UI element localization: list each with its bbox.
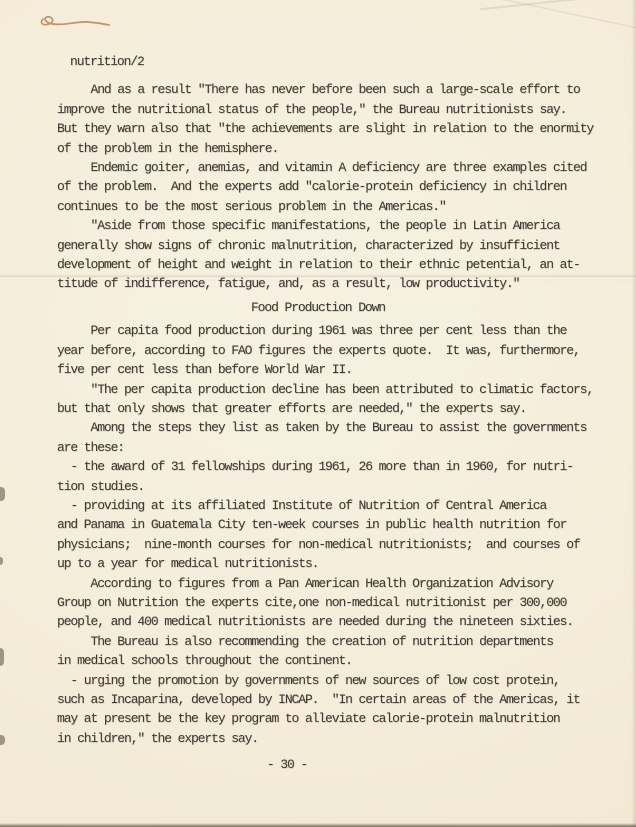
text-line: Endemic goiter, anemias, and vitamin A d…	[57, 158, 605, 177]
paragraph: "Aside from those specific manifestation…	[57, 216, 605, 294]
text-line: The Bureau is also recommending the crea…	[57, 632, 605, 651]
text-line: According to figures from a Pan American…	[57, 574, 605, 593]
text-line: - urging the promotion by governments of…	[57, 671, 605, 690]
text-line: physicians; nine-month courses for non-m…	[57, 535, 605, 554]
scan-smudge	[0, 648, 4, 666]
document-page: nutrition/2 And as a result "There has n…	[0, 0, 636, 827]
scan-smudge	[0, 735, 5, 745]
pen-mark	[36, 8, 116, 34]
text-line: tion studies.	[57, 477, 605, 496]
text-line: of the problem in the hemisphere.	[57, 139, 605, 158]
scan-smudge	[0, 557, 3, 565]
text-line: "Aside from those specific manifestation…	[57, 216, 605, 235]
text-line: generally show signs of chronic malnutri…	[57, 236, 605, 255]
text-line: improve the nutritional status of the pe…	[57, 100, 605, 119]
scan-smudge	[0, 487, 5, 501]
text-line: are these:	[57, 438, 605, 457]
text-line: continues to be the most serious problem…	[57, 197, 605, 216]
text-line: such as Incaparina, developed by INCAP. …	[57, 690, 605, 709]
text-line: may at present be the key program to all…	[57, 709, 605, 728]
text-line: and Panama in Guatemala City ten-week co…	[57, 515, 605, 534]
paragraph: The Bureau is also recommending the crea…	[57, 632, 605, 671]
fold-crease-diagonal	[448, 0, 636, 36]
paper-edge-shadow	[0, 823, 636, 827]
typewritten-text: nutrition/2 And as a result "There has n…	[57, 52, 605, 775]
paragraph: "The per capita production decline has b…	[57, 380, 605, 419]
text-line: but that only shows that greater efforts…	[57, 399, 605, 418]
text-line: of the problem. And the experts add "cal…	[57, 177, 605, 196]
text-line: people, and 400 medical nutritionists ar…	[57, 612, 605, 631]
paragraph: Endemic goiter, anemias, and vitamin A d…	[57, 158, 605, 216]
text-line: development of height and weight in rela…	[57, 255, 605, 274]
text-line: Among the steps they list as taken by th…	[57, 418, 605, 437]
text-line: Per capita food production during 1961 w…	[57, 321, 605, 340]
paragraph: Per capita food production during 1961 w…	[57, 321, 605, 379]
paragraph: Among the steps they list as taken by th…	[57, 418, 605, 457]
text-line: in children," the experts say.	[57, 729, 605, 748]
text-line: "The per capita production decline has b…	[57, 380, 605, 399]
page-number: - 30 -	[57, 755, 517, 774]
text-line: five per cent less than before World War…	[57, 360, 605, 379]
text-line: year before, according to FAO figures th…	[57, 341, 605, 360]
list-item: - the award of 31 fellowships during 196…	[57, 457, 605, 496]
text-line: in medical schools throughout the contin…	[57, 651, 605, 670]
text-line: And as a result "There has never before …	[57, 80, 605, 99]
document-body: And as a result "There has never before …	[57, 80, 605, 748]
page-slug: nutrition/2	[57, 52, 605, 71]
list-item: - providing at its affiliated Institute …	[57, 496, 605, 574]
section-heading: Food Production Down	[57, 298, 605, 317]
paragraph: According to figures from a Pan American…	[57, 574, 605, 632]
text-line: - the award of 31 fellowships during 196…	[57, 457, 605, 476]
text-line: - providing at its affiliated Institute …	[57, 496, 605, 515]
text-line: Group on Nutrition the experts cite,one …	[57, 593, 605, 612]
text-line: up to a year for medical nutritionists.	[57, 554, 605, 573]
text-line: But they warn also that "the achievement…	[57, 119, 605, 138]
text-line: titude of indifference, fatigue, and, as…	[57, 274, 605, 293]
list-item: - urging the promotion by governments of…	[57, 671, 605, 749]
paper-edge-shadow	[631, 0, 636, 827]
paragraph: And as a result "There has never before …	[57, 80, 605, 158]
